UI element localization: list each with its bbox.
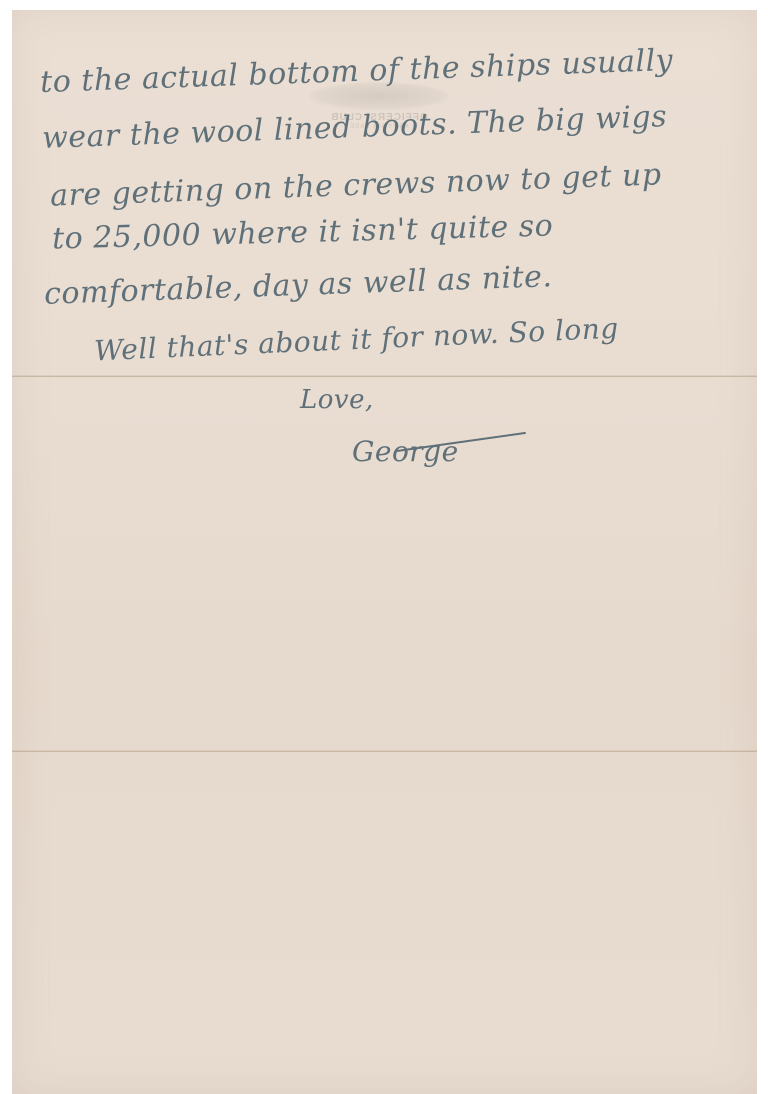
fold-crease: [12, 750, 757, 753]
letter-line: to 25,000 where it isn't quite so: [52, 208, 554, 256]
letter-line: Well that's about it for now. So long: [94, 312, 620, 368]
letter-signature: George: [352, 435, 459, 468]
letter-page: OFFICERS' CLUB ARMY AIR BASE to the actu…: [12, 10, 757, 1094]
fold-crease: [12, 375, 757, 378]
letter-line: are getting on the crews now to get up: [50, 157, 663, 213]
letter-closing: Love,: [300, 385, 374, 415]
letter-line: comfortable, day as well as nite.: [44, 259, 553, 312]
